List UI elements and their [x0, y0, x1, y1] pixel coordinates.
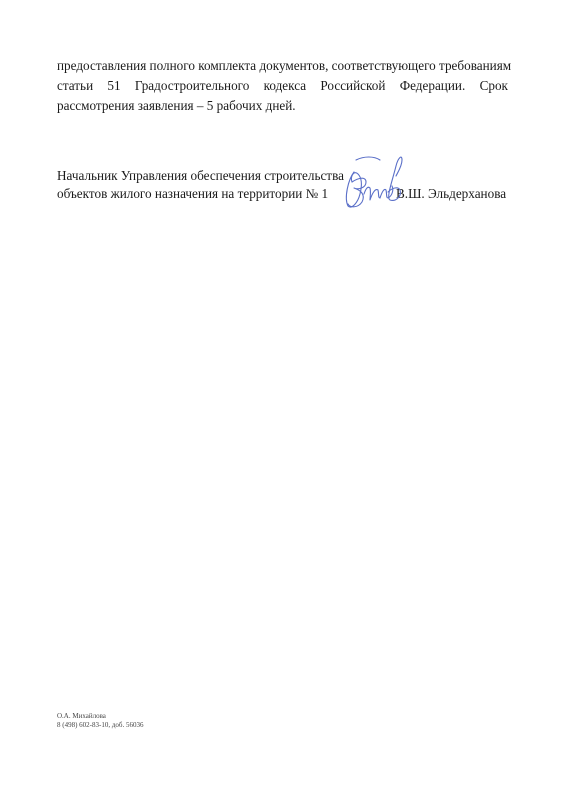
handwritten-signature-icon — [340, 152, 410, 216]
executor-footer: О.А. Михайлова 8 (498) 602-83-10, доб. 5… — [57, 712, 143, 730]
document-page: предоставления полного комплекта докумен… — [0, 0, 566, 800]
signer-title-line-1: Начальник Управления обеспечения строите… — [57, 167, 517, 185]
word: Градостроительного — [135, 76, 249, 96]
signer-name: В.Ш. Эльдерханова — [396, 185, 506, 203]
paragraph-line-1: предоставления полного комплекта докумен… — [57, 56, 508, 76]
executor-phone: 8 (498) 602-83-10, доб. 56036 — [57, 721, 143, 730]
paragraph-line-3: рассмотрения заявления – 5 рабочих дней. — [57, 96, 508, 116]
signature-block: Начальник Управления обеспечения строите… — [57, 167, 517, 203]
paragraph-line-2: статьи 51 Градостроительного кодекса Рос… — [57, 76, 508, 96]
word: 51 — [107, 76, 120, 96]
word: Срок — [480, 76, 508, 96]
word: Федерации. — [400, 76, 466, 96]
executor-name: О.А. Михайлова — [57, 712, 143, 721]
word: статьи — [57, 76, 93, 96]
word: кодекса — [264, 76, 306, 96]
word: Российской — [320, 76, 385, 96]
body-paragraph: предоставления полного комплекта докумен… — [57, 56, 508, 116]
